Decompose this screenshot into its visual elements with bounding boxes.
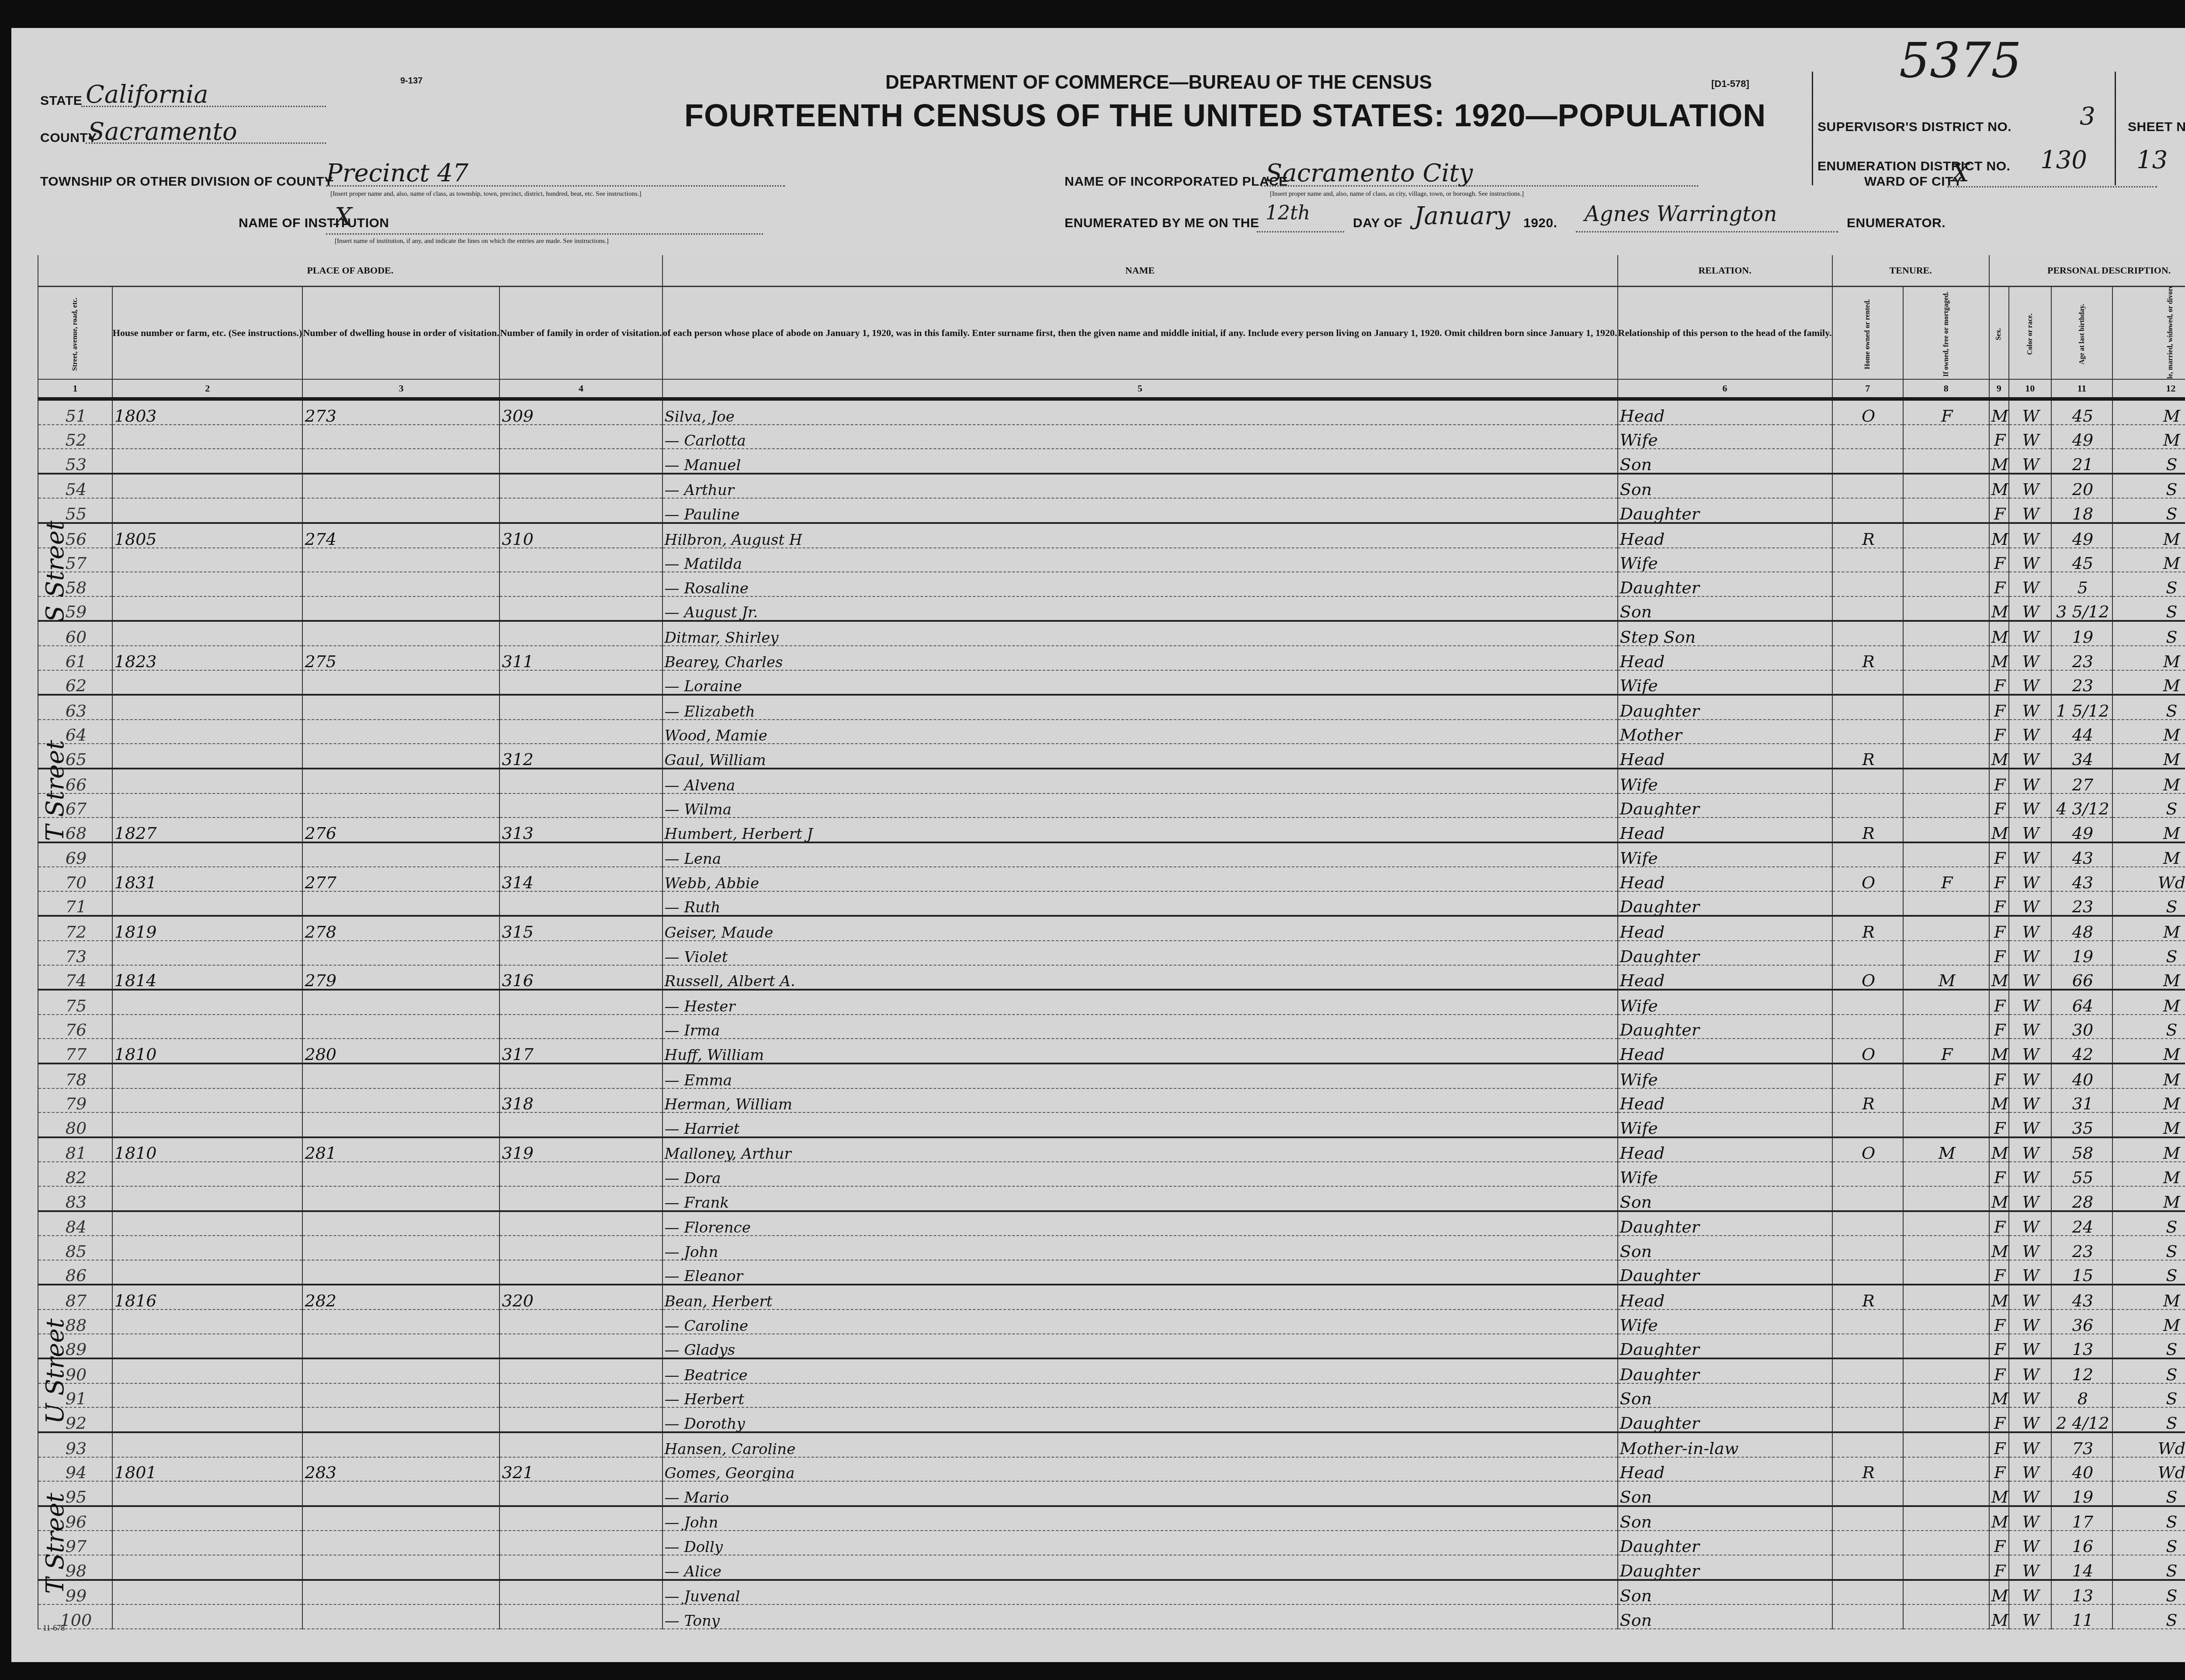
census-sheet: 5375 STATE California COUNTY Sacramento … [11,28,2185,1662]
marital-status: S [2112,1604,2185,1629]
line-number: 75 [38,990,112,1015]
person-name: — Wilma [662,793,1618,818]
age: 2 4/12 [2051,1407,2113,1432]
table-row: 59— August Jr.SonMW3 5/12SCaliforniaCali… [38,596,2185,621]
relation: Son [1618,1236,1832,1260]
form-number: 9-137 [400,76,423,86]
age: 58 [2051,1137,2113,1162]
age: 23 [2051,891,2113,916]
family-number [499,1604,662,1629]
family-number: 318 [499,1088,662,1113]
enumerated-label: ENUMERATED BY ME ON THE [1065,216,1259,231]
family-number: 316 [499,965,662,990]
mortgage [1903,1309,1989,1334]
line-number: 51 [38,399,112,425]
home-owned [1832,1162,1903,1186]
dwelling-number [302,1531,499,1555]
line-number: 83 [38,1186,112,1211]
person-name: — August Jr. [662,596,1618,621]
table-row: 63— ElizabethDaughterFW1 5/12SCalifornia… [38,695,2185,720]
home-owned [1832,498,1903,523]
marital-status: S [2112,572,2185,596]
person-name: — Emma [662,1063,1618,1088]
relation: Head [1618,744,1832,769]
column-header-6: Relationship of this person to the head … [1618,287,1832,380]
marital-status: S [2112,891,2185,916]
group-name: NAME [662,255,1618,287]
house-number [112,1236,303,1260]
marital-status: S [2112,1407,2185,1432]
dwelling-number [302,1063,499,1088]
family-number [499,720,662,744]
sex: M [1989,1604,2009,1629]
age: 31 [2051,1088,2113,1113]
mortgage [1903,670,1989,695]
age: 12 [2051,1358,2113,1383]
table-row: 91— HerbertSonMW8SyesCaliforniaNebraskaC… [38,1383,2185,1408]
marital-status: S [2112,695,2185,720]
sheet-number: 13 [2136,146,2168,174]
person-name: — Pauline [662,498,1618,523]
relation: Head [1618,817,1832,842]
race: W [2009,449,2051,474]
street-name: S Street [41,521,69,623]
race: W [2009,1555,2051,1580]
mortgage [1903,990,1989,1015]
mortgage [1903,548,1989,572]
marital-status: M [2112,425,2185,449]
column-number-3: 3 [302,379,499,399]
family-number: 311 [499,646,662,670]
line-number: 77 [38,1039,112,1063]
table-row: 811810281319Malloney, ArthurHeadOMMW58My… [38,1137,2185,1162]
line-number: 73 [38,941,112,965]
home-owned [1832,1432,1903,1457]
age: 36 [2051,1309,2113,1334]
family-number [499,474,662,499]
table-row: 90— BeatriceDaughterFW12SyesyesyesCalifo… [38,1358,2185,1383]
line-number: 85 [38,1236,112,1260]
mortgage [1903,1604,1989,1629]
race: W [2009,1383,2051,1408]
table-row: 55— PaulineDaughterFW18SnoyesyesCaliforn… [38,498,2185,523]
age: 20 [2051,474,2113,499]
marital-status: S [2112,1236,2185,1260]
table-row: 85— JohnSonMW23SyesyesCaliforniaCaliforn… [38,1236,2185,1260]
race: W [2009,916,2051,941]
house-number [112,1260,303,1285]
mortgage [1903,596,1989,621]
table-row: 69— LenaWifeFW43MyesyesMissouriGermanyGe… [38,842,2185,867]
age: 15 [2051,1260,2113,1285]
dwelling-number [302,596,499,621]
mortgage [1903,1236,1989,1260]
marital-status: S [2112,1580,2185,1605]
race: W [2009,891,2051,916]
family-number [499,695,662,720]
month-value: January [1414,202,1510,230]
relation: Son [1618,1580,1832,1605]
dwelling-number [302,498,499,523]
person-name: Bean, Herbert [662,1285,1618,1309]
dwelling-number [302,1334,499,1359]
state-value: California [86,80,208,109]
family-number [499,670,662,695]
dwelling-number [302,769,499,793]
relation: Wife [1618,769,1832,793]
dwelling-number [302,621,499,646]
person-name: — Juvenal [662,1580,1618,1605]
home-owned: R [1832,523,1903,548]
family-number [499,1506,662,1531]
race: W [2009,769,2051,793]
home-owned [1832,1481,1903,1506]
marital-status: S [2112,474,2185,499]
family-number [499,1580,662,1605]
dwelling-number [302,1555,499,1580]
home-owned [1832,449,1903,474]
sex: M [1989,1580,2009,1605]
mortgage [1903,498,1989,523]
house-number [112,1211,303,1236]
race: W [2009,1285,2051,1309]
relation: Wife [1618,670,1832,695]
family-number: 314 [499,867,662,891]
mortgage [1903,769,1989,793]
relation: Head [1618,1457,1832,1482]
person-name: — Dorothy [662,1407,1618,1432]
column-number-6: 6 [1618,379,1832,399]
table-row: 741814279316Russell, Albert A.HeadOMMW66… [38,965,2185,990]
age: 3 5/12 [2051,596,2113,621]
county-value: Sacramento [88,118,237,146]
marital-status: S [2112,1555,2185,1580]
dwelling-number [302,572,499,596]
house-number [112,941,303,965]
table-row: 92— DorothyDaughterFW2 4/12SCaliforniaNe… [38,1407,2185,1432]
home-owned [1832,1236,1903,1260]
sex: M [1989,744,2009,769]
age: 42 [2051,1039,2113,1063]
table-row: 561805274310Hilbron, August HHeadRMW49My… [38,523,2185,548]
supervisor-value: 3 [2080,102,2095,131]
line-number: 81 [38,1137,112,1162]
sex: F [1989,720,2009,744]
marital-status: M [2112,670,2185,695]
house-number [112,1506,303,1531]
family-number: 317 [499,1039,662,1063]
marital-status: M [2112,548,2185,572]
age: 17 [2051,1506,2113,1531]
place-value: Sacramento City [1266,159,1473,187]
house-number [112,1580,303,1605]
home-owned [1832,425,1903,449]
age: 30 [2051,1015,2113,1039]
family-number [499,1334,662,1359]
dwelling-number [302,670,499,695]
sex: F [1989,793,2009,818]
street-name: U Street [41,1319,69,1424]
dwelling-number [302,1383,499,1408]
age: 66 [2051,965,2113,990]
home-owned: R [1832,1285,1903,1309]
table-row: 99— JuvenalSonMW13SyesyesyesCaliforniaPo… [38,1580,2185,1605]
home-owned [1832,474,1903,499]
age: 49 [2051,523,2113,548]
race: W [2009,1015,2051,1039]
home-owned [1832,1186,1903,1211]
line-number: 82 [38,1162,112,1186]
person-name: Malloney, Arthur [662,1137,1618,1162]
sex: F [1989,1457,2009,1482]
sex: M [1989,1285,2009,1309]
column-header-5: of each person whose place of abode on J… [662,287,1618,380]
dwelling-number: 276 [302,817,499,842]
dwelling-number [302,1506,499,1531]
age: 23 [2051,670,2113,695]
family-number: 315 [499,916,662,941]
home-owned: R [1832,744,1903,769]
sex: F [1989,1531,2009,1555]
line-number: 61 [38,646,112,670]
home-owned [1832,793,1903,818]
relation: Wife [1618,425,1832,449]
mortgage [1903,891,1989,916]
marital-status: S [2112,1481,2185,1506]
age: 34 [2051,744,2113,769]
column-number-10: 10 [2009,379,2051,399]
age: 27 [2051,769,2113,793]
dwelling-number [302,1112,499,1137]
table-row: 611823275311Bearey, CharlesHeadRMW23Myes… [38,646,2185,670]
person-name: Ditmar, Shirley [662,621,1618,646]
home-owned [1832,596,1903,621]
dwelling-number [302,1162,499,1186]
home-owned [1832,891,1903,916]
family-number [499,1112,662,1137]
sex: F [1989,548,2009,572]
age: 64 [2051,990,2113,1015]
family-number [499,548,662,572]
mortgage [1903,1112,1989,1137]
house-number [112,695,303,720]
house-number [112,1604,303,1629]
race: W [2009,1334,2051,1359]
line-number: 70 [38,867,112,891]
line-number: 76 [38,1015,112,1039]
dwelling-number: 282 [302,1285,499,1309]
race: W [2009,474,2051,499]
home-owned [1832,1604,1903,1629]
column-header-3: Number of dwelling house in order of vis… [302,287,499,380]
home-owned [1832,842,1903,867]
race: W [2009,842,2051,867]
race: W [2009,1432,2051,1457]
mortgage: M [1903,965,1989,990]
age: 19 [2051,621,2113,646]
age: 11 [2051,1604,2113,1629]
person-name: — Elizabeth [662,695,1618,720]
marital-status: S [2112,793,2185,818]
relation: Wife [1618,1162,1832,1186]
marital-status: S [2112,1531,2185,1555]
street-name: T Street [41,740,69,841]
supervisor-label: SUPERVISOR'S DISTRICT NO. [1817,120,2012,135]
sex: M [1989,965,2009,990]
marital-status: M [2112,1285,2185,1309]
age: 35 [2051,1112,2113,1137]
person-name: — Lena [662,842,1618,867]
mortgage [1903,646,1989,670]
relation: Son [1618,1506,1832,1531]
census-title: FOURTEENTH CENSUS OF THE UNITED STATES: … [684,98,1766,134]
year-label: 1920. [1523,216,1557,231]
age: 13 [2051,1334,2113,1359]
age: 24 [2051,1211,2113,1236]
race: W [2009,670,2051,695]
person-name: — Herbert [662,1383,1618,1408]
age: 18 [2051,498,2113,523]
relation: Head [1618,399,1832,425]
dwelling-number [302,990,499,1015]
column-number-4: 4 [499,379,662,399]
table-row: 96— JohnSonMW17S1905Na1911yesyesyesPortu… [38,1506,2185,1531]
marital-status: M [2112,744,2185,769]
family-number [499,1481,662,1506]
marital-status: S [2112,1334,2185,1359]
column-number-2: 2 [112,379,303,399]
mortgage [1903,1481,1989,1506]
column-header-8: If owned, free or mortgaged. [1903,287,1989,380]
marital-status: S [2112,1358,2185,1383]
mortgage [1903,1015,1989,1039]
person-name: — Loraine [662,670,1618,695]
person-name: — John [662,1236,1618,1260]
race: W [2009,1358,2051,1383]
home-owned: O [1832,399,1903,425]
line-number: 71 [38,891,112,916]
relation: Head [1618,867,1832,891]
form-code: [D1-578] [1711,78,1749,90]
relation: Daughter [1618,793,1832,818]
family-number: 309 [499,399,662,425]
relation: Head [1618,1039,1832,1063]
age: 73 [2051,1432,2113,1457]
house-number: 1823 [112,646,303,670]
sex: F [1989,1162,2009,1186]
table-row: 62— LoraineWifeFW23MyesyesCaliforniaCali… [38,670,2185,695]
house-number [112,1015,303,1039]
line-number: 54 [38,474,112,499]
family-number [499,1358,662,1383]
dwelling-number [302,744,499,769]
age: 45 [2051,548,2113,572]
group-personal: PERSONAL DESCRIPTION. [1989,255,2185,287]
home-owned [1832,1015,1903,1039]
age: 55 [2051,1162,2113,1186]
relation: Daughter [1618,1407,1832,1432]
dwelling-number [302,1309,499,1334]
table-row: 511803273309Silva, JoeHeadOFMW45MunkNaye… [38,399,2185,425]
dwelling-number [302,720,499,744]
house-number: 1819 [112,916,303,941]
race: W [2009,1457,2051,1482]
table-row: 941801283321Gomes, GeorginaHeadRFW40Wd19… [38,1457,2185,1482]
dwelling-number: 283 [302,1457,499,1482]
marital-status: M [2112,769,2185,793]
place-label: NAME OF INCORPORATED PLACE [1065,174,1288,189]
table-row: 79318Herman, WilliamHeadRMW31MyesyesMiss… [38,1088,2185,1113]
home-owned [1832,1358,1903,1383]
family-number [499,1407,662,1432]
sex: M [1989,1383,2009,1408]
state-label: STATE [40,94,82,108]
line-number: 94 [38,1457,112,1482]
table-row: 71— RuthDaughterFW23SyesyesCaliforniaMas… [38,891,2185,916]
person-name: — Dora [662,1162,1618,1186]
ed-label: ENUMERATION DISTRICT NO. [1817,159,2010,174]
column-number-11: 11 [2051,379,2113,399]
line-number: 62 [38,670,112,695]
sex: F [1989,1211,2009,1236]
group-relation: RELATION. [1618,255,1832,287]
mortgage [1903,474,1989,499]
race: W [2009,498,2051,523]
line-number: 69 [38,842,112,867]
relation: Son [1618,1186,1832,1211]
house-number [112,1334,303,1359]
house-number [112,1555,303,1580]
marital-status: M [2112,720,2185,744]
race: W [2009,1580,2051,1605]
house-number [112,548,303,572]
table-row: 681827276313Humbert, Herbert JHeadRMW49M… [38,817,2185,842]
race: W [2009,1039,2051,1063]
family-number [499,1162,662,1186]
marital-status: S [2112,1383,2185,1408]
person-name: — Eleanor [662,1260,1618,1285]
table-row: 97— DollyDaughterFW16S1905Na1911yesyesye… [38,1531,2185,1555]
home-owned [1832,1531,1903,1555]
dwelling-number [302,793,499,818]
line-number: 55 [38,498,112,523]
family-number [499,990,662,1015]
family-number: 312 [499,744,662,769]
person-name: Russell, Albert A. [662,965,1618,990]
relation: Step Son [1618,621,1832,646]
race: W [2009,1186,2051,1211]
house-number: 1801 [112,1457,303,1482]
family-number [499,1186,662,1211]
age: 44 [2051,720,2113,744]
line-number: 72 [38,916,112,941]
home-owned [1832,1580,1903,1605]
marital-status: M [2112,1309,2185,1334]
sex: M [1989,646,2009,670]
person-name: Geiser, Maude [662,916,1618,941]
mortgage [1903,449,1989,474]
sex: F [1989,1015,2009,1039]
house-number [112,474,303,499]
dwelling-number [302,474,499,499]
age: 49 [2051,425,2113,449]
marital-status: M [2112,817,2185,842]
family-number [499,1063,662,1088]
age: 28 [2051,1186,2113,1211]
race: W [2009,1481,2051,1506]
relation: Daughter [1618,1015,1832,1039]
house-number [112,1531,303,1555]
